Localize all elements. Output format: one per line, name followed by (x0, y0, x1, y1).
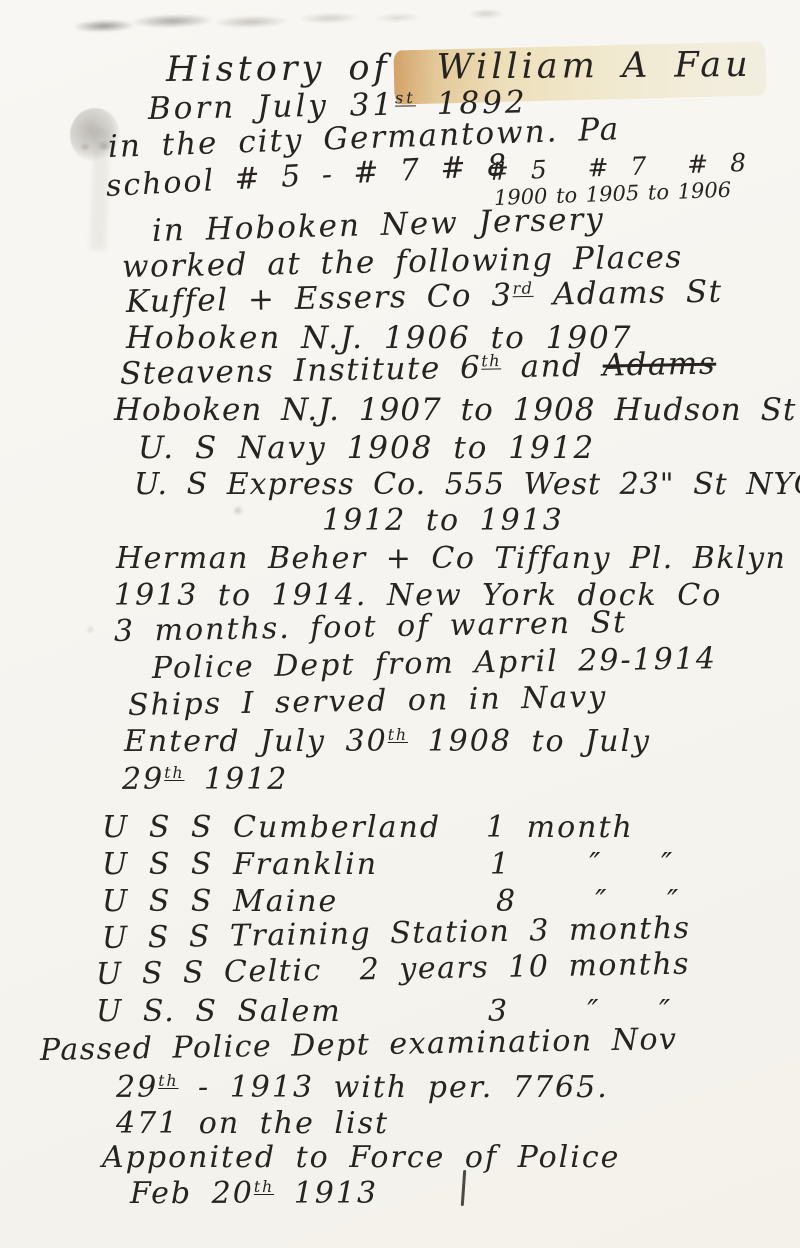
employer-dates-line: 3 months. foot of warren St (114, 606, 628, 649)
text-segment: U. S Navy 1908 to 1912 (138, 430, 595, 466)
appointed-date-line: Feb 20th 1913 (130, 1177, 378, 1212)
exam-line: 29th - 1913 with per. 7765. (116, 1071, 609, 1106)
text-segment: - 1913 with per. 7765. (179, 1070, 609, 1105)
ship-entry: U S. S Salem3 ″ ″ (96, 995, 342, 1030)
employer-dates-line: Hoboken N.J. 1907 to 1908 Hudson St (114, 393, 796, 429)
text-segment: 1908 to July (408, 724, 651, 759)
pencil-smudge-icon (55, 0, 546, 41)
text-segment: st (395, 88, 416, 107)
text-segment: 29 (116, 1070, 158, 1105)
text-segment: Kuffel + Essers Co 3 (126, 277, 513, 320)
text-segment: 29 (122, 762, 164, 797)
text-segment: th (254, 1178, 274, 1196)
ships-heading-line: Ships I served on in Navy (128, 681, 608, 724)
text-segment: 1912 (185, 762, 289, 797)
text-segment: th (388, 726, 408, 744)
navy-line: U. S Navy 1908 to 1912 (138, 431, 595, 467)
exam-line: 471 on the list (116, 1107, 389, 1142)
text-segment: U. S Express Co. 555 West 23" St NYC (134, 467, 800, 502)
text-segment: 1913 (274, 1176, 378, 1211)
text-segment: Adams St (533, 274, 723, 313)
navy-dates-line: 29th 1912 (122, 763, 288, 798)
text-segment: 471 on the list (116, 1106, 389, 1141)
police-line: Police Dept from April 29-1914 (152, 642, 718, 686)
text-segment: Enterd July 30 (124, 724, 388, 759)
text-segment: Feb 20 (130, 1176, 254, 1211)
appointed-line: Apponited to Force of Police (102, 1141, 620, 1176)
text-segment: Adams (602, 346, 716, 384)
text-segment: Hoboken N.J. 1907 to 1908 Hudson St (114, 392, 796, 428)
title-line: History of William A Fau (166, 45, 752, 90)
text-segment: Ships I served on in Navy (128, 680, 608, 723)
text-segment: rd (512, 279, 533, 298)
text-segment: th (164, 764, 184, 782)
text-segment: Herman Beher + Co Tiffany Pl. Bklyn (116, 541, 786, 576)
navy-dates-line: Enterd July 30th 1908 to July (124, 725, 651, 760)
exam-line: Passed Police Dept examination Nov (40, 1023, 678, 1069)
employer-line: Steavens Institute 6th and Adams (120, 347, 717, 393)
employer-line: Kuffel + Essers Co 3rd Adams St (126, 275, 723, 321)
text-segment: th (481, 351, 501, 370)
ship-entry: U S S Franklin1 ″ ″ (102, 848, 378, 883)
text-segment: and (501, 348, 603, 386)
employer-line: U. S Express Co. 555 West 23" St NYC (134, 468, 800, 503)
text-segment: U S S Maine (102, 884, 338, 919)
text-segment: Apponited to Force of Police (102, 1140, 620, 1175)
text-segment: Police Dept from April 29-1914 (152, 641, 718, 686)
ship-entry: U S S Cumberland1 month (102, 811, 441, 846)
ship-entry: U S S Maine8 ″ ″ (102, 885, 338, 920)
scanned-page: History of William A FauBorn July 31st 1… (0, 0, 800, 1248)
text-segment: 1 month (486, 811, 634, 846)
text-segment: 1 ″ ″ (490, 848, 674, 883)
text-segment: th (158, 1072, 178, 1090)
paper-speck-icon (232, 506, 244, 515)
text-segment: History of William A Fau (166, 45, 752, 90)
text-segment: 1912 to 1913 (322, 503, 564, 538)
text-segment: U S S Franklin (102, 847, 378, 882)
text-segment: U S S Cumberland (102, 810, 441, 845)
paper-speck-icon (86, 626, 95, 633)
text-segment: U S. S Salem (96, 994, 342, 1029)
text-segment: Steavens Institute 6 (120, 350, 482, 392)
dates-line: 1912 to 1913 (322, 504, 564, 539)
employer-line: Herman Beher + Co Tiffany Pl. Bklyn (116, 542, 786, 577)
